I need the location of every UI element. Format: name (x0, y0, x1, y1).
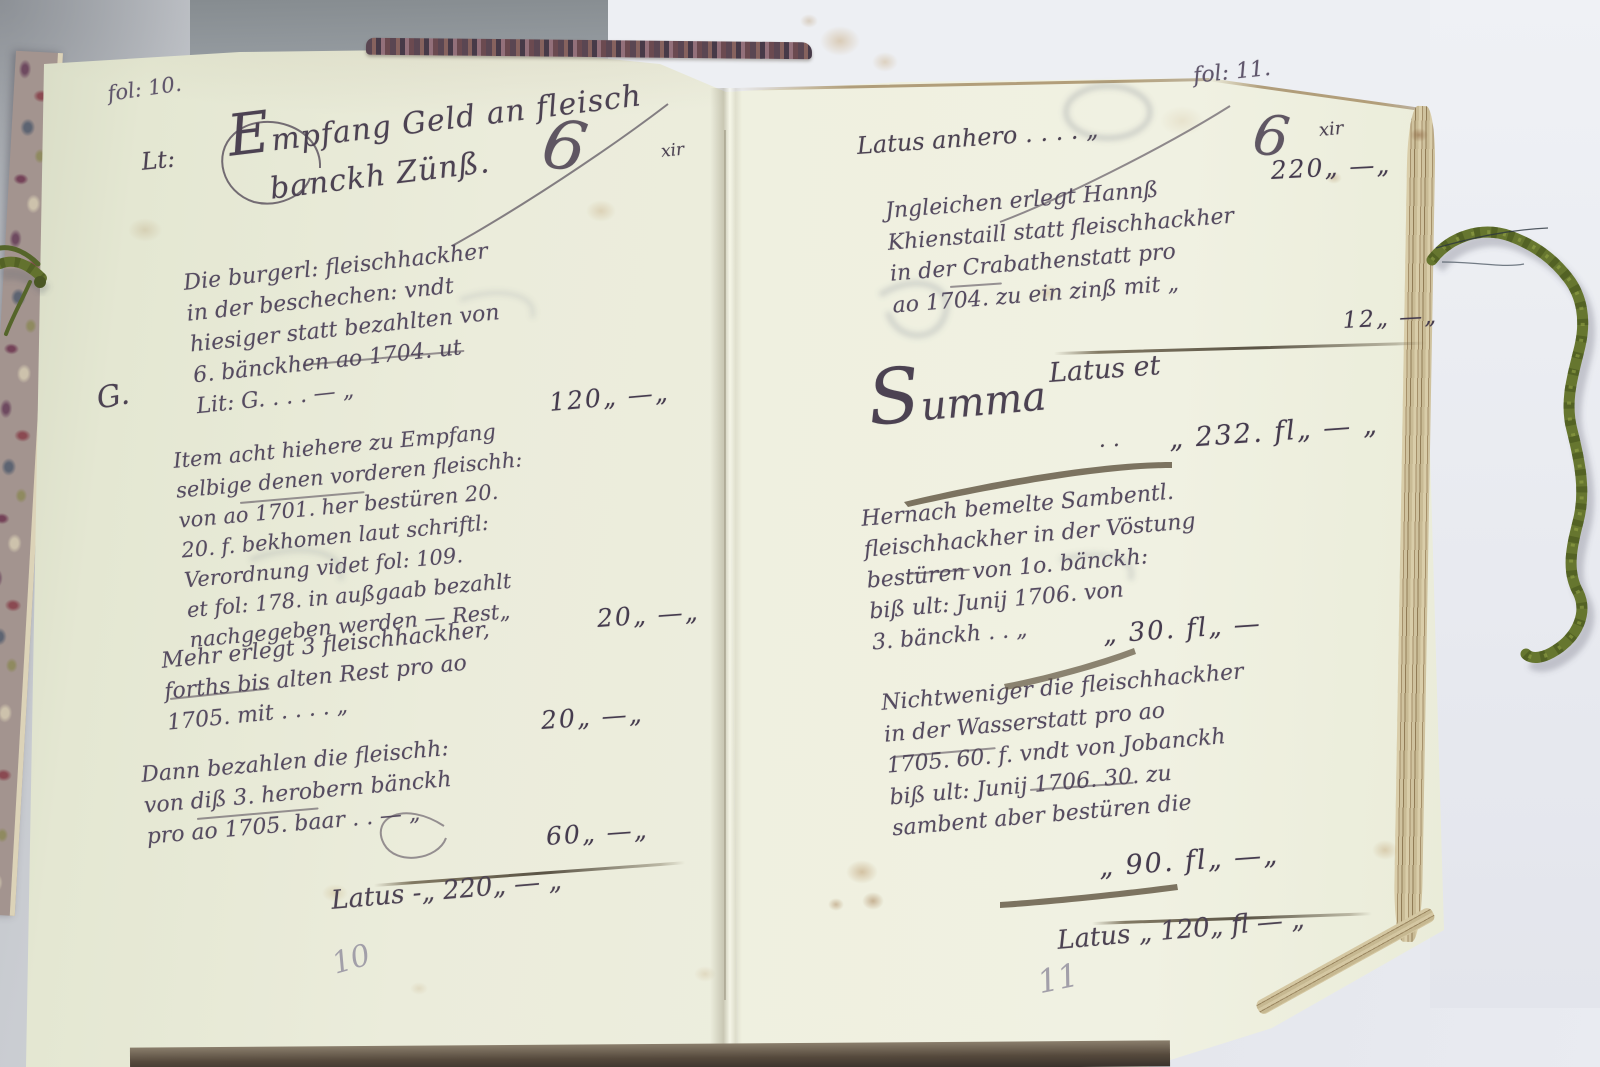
left-margin-lit: Lt: (140, 144, 176, 175)
paper-sheet-right (1430, 0, 1600, 1008)
left-margin-letter: G. (94, 376, 132, 416)
foxing-spot (1410, 128, 1428, 142)
summa-dots: . . (1098, 427, 1120, 453)
foxing-spot (800, 14, 818, 28)
foxing-spot (410, 982, 428, 995)
foxing-spot (1372, 840, 1398, 860)
right-entry-3: Nichtweniger die fleischhackher in der W… (880, 656, 1256, 845)
gutter-shadow (710, 88, 742, 1067)
foxing-spot (828, 898, 844, 911)
foxing-spot (846, 860, 878, 884)
gutter-crease (724, 130, 726, 1000)
kreuzer-symbol: xir (1318, 118, 1344, 141)
foxing-spot (820, 26, 860, 56)
foxing-spot (1160, 106, 1204, 136)
kreuzer-symbol: xir (660, 140, 685, 162)
foxing-spot (694, 966, 716, 982)
left-entry-1: Die burgerl: fleischhackher in der besch… (182, 235, 507, 422)
foxing-spot (586, 200, 616, 222)
foxing-spot (872, 52, 898, 72)
foxing-spot (862, 892, 884, 910)
right-entry-1-amount: 12„ —„ (1342, 303, 1439, 334)
manuscript-photo: fol: 10. Lt: Empfang Geld an fleisch ban… (0, 0, 1600, 1067)
foxing-spot (128, 218, 162, 242)
